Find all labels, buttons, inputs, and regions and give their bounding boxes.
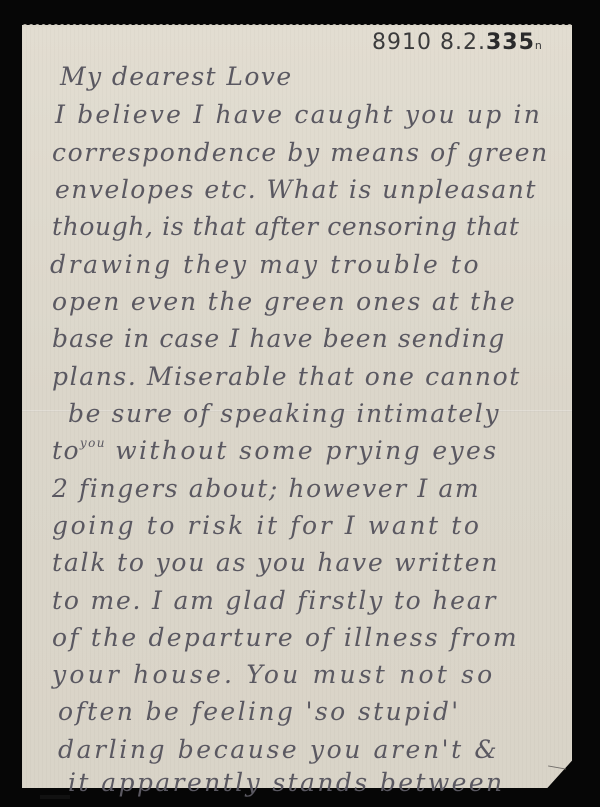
archive-reference-number: 8910 8.2.335n [372,30,543,55]
ref-part-1: 8910 [372,30,432,55]
letter-line-10: toyou without some prying eyes [52,436,499,465]
ref-part-3: 335 [486,30,535,55]
letter-line-12: going to risk it for I want to [52,511,482,540]
letter-line-16: your house. You must not so [52,660,495,689]
letter-line-15: of the departure of illness from [52,623,519,652]
line-10-rest: without some prying eyes [115,436,498,465]
interlinear-insertion: you [80,436,106,450]
letter-line-13: talk to you as you have written [52,548,499,577]
letter-line-4: though, is that after censoring that [52,212,520,241]
letter-line-6: open even the green ones at the [52,287,517,316]
scan-background: 8910 8.2.335n My dearest Love I believe … [0,0,600,807]
letter-line-19: it apparently stands between [68,768,505,797]
perforated-edge [22,21,572,27]
word-to: to [52,436,80,465]
letter-line-3: envelopes etc. What is unpleasant [55,175,537,204]
ref-part-2: 8.2. [440,30,486,55]
letter-line-7: base in case I have been sending [52,324,505,353]
letter-line-1: I believe I have caught you up in [55,100,542,129]
letter-line-9: be sure of speaking intimately [68,399,500,428]
salutation: My dearest Love [60,62,293,91]
ref-suffix: n [535,39,543,52]
scan-edge-mark [40,795,70,799]
letter-line-14: to me. I am glad firstly to hear [52,586,497,615]
letter-line-5: drawing they may trouble to [50,250,481,279]
letter-line-11: 2 fingers about; however I am [52,474,480,503]
letter-line-18: darling because you aren't & [58,735,499,764]
letter-line-2: correspondence by means of green [52,138,549,167]
letter-line-17: often be feeling 'so stupid' [58,697,461,726]
letter-line-8: plans. Miserable that one cannot [52,362,521,391]
